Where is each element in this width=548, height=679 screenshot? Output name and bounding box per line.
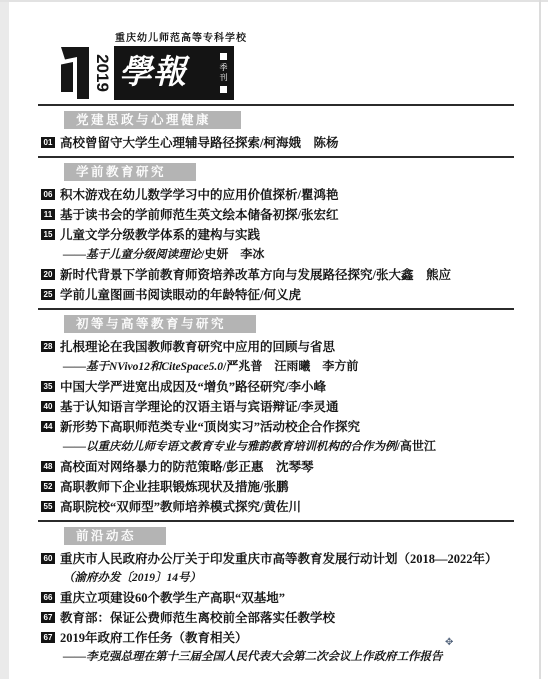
entry-subtitle: ——李克强总理在第十三届全国人民代表大会第二次会议上作政府工作报告 [63, 651, 514, 664]
move-cursor-artifact: ✥ [445, 637, 453, 648]
page-number-badge: 35 [41, 381, 55, 392]
section-divider [38, 104, 514, 106]
entry-title: 重庆立项建设60个教学生产高职“双基地” [60, 591, 285, 605]
page-number-badge: 67 [41, 612, 55, 623]
entry-sub-authors: /史妍 李冰 [201, 247, 264, 261]
entry-authors: /何义虎 [260, 288, 301, 302]
toc-entry: 60 重庆市人民政府办公厅关于印发重庆市高等教育发展行动计划（2018—2022… [41, 552, 514, 566]
toc-entry: 28 扎根理论在我国教师教育研究中应用的回顾与省思 [41, 340, 514, 354]
page-number-badge: 11 [41, 209, 55, 220]
toc-entry: 55 高职院校“双师型”教师培养模式探究/黄佐川 [41, 500, 514, 514]
section-divider [38, 156, 514, 158]
section-divider [38, 520, 514, 522]
entry-subtitle: （渝府办发〔2019〕14号） [63, 572, 514, 585]
entry-title: 2019年政府工作任务（教育相关） [60, 631, 248, 645]
page-number-badge: 44 [41, 421, 55, 432]
page-number-badge: 67 [41, 632, 55, 643]
journal-toc-page: 重庆幼儿师范高等专科学校 2019 學報 季刊 党建思政与心理健康 [0, 0, 548, 679]
entry-sub-authors: /严兆普 汪雨曦 李方前 [223, 359, 358, 373]
page-number-badge: 55 [41, 501, 55, 512]
toc-entry: 67 2019年政府工作任务（教育相关） [41, 631, 514, 645]
entry-title: 积木游戏在幼儿数学学习中的应用价值探析 [60, 188, 298, 202]
entry-title: 基于认知语言学理论的汉语主语与宾语辩证 [60, 400, 298, 414]
toc-entry: 66 重庆立项建设60个教学生产高职“双基地” [41, 591, 514, 605]
section-banner: 初等与高等教育与研究 [64, 315, 256, 333]
entry-authors: /张大鑫 熊应 [373, 268, 451, 282]
entry-authors: /张鹏 [260, 480, 288, 494]
section-frontier-news: 前沿动态 60 重庆市人民政府办公厅关于印发重庆市高等教育发展行动计划（2018… [38, 520, 514, 664]
page-number-badge: 60 [41, 553, 55, 564]
section-primary-higher-education: 初等与高等教育与研究 28 扎根理论在我国教师教育研究中应用的回顾与省思 ——基… [38, 308, 514, 514]
entry-title: 教育部：保证公费师范生离校前全部落实任教学校 [60, 611, 335, 625]
page-number-badge: 20 [41, 269, 55, 280]
scan-left-edge [0, 0, 9, 679]
entry-title: 基于读书会的学前师范生英文绘本储备初探 [60, 208, 298, 222]
quarterly-column: 季刊 [218, 53, 229, 93]
entry-sub-authors: /高世江 [397, 439, 436, 453]
entry-title: 学前儿童图画书阅读眼动的年龄特征 [60, 288, 260, 302]
page-number-badge: 28 [41, 341, 55, 352]
entry-title: 中国大学严进宽出成因及“增负”路径研究 [60, 380, 285, 394]
section-preschool-research: 学前教育研究 06 积木游戏在幼儿数学学习中的应用价值探析/瞿鸿艳 11 基于读… [38, 156, 514, 302]
journal-masthead: 2019 學報 季刊 [60, 46, 514, 100]
toc-entry: 35 中国大学严进宽出成因及“增负”路径研究/李小峰 [41, 380, 514, 394]
section-divider [38, 308, 514, 310]
issue-number-1-graphic [60, 47, 90, 99]
page-number-badge: 25 [41, 289, 55, 300]
page-number-badge: 52 [41, 481, 55, 492]
entry-subtitle: ——基于NVivo12和CiteSpace5.0/严兆普 汪雨曦 李方前 [63, 360, 514, 374]
entry-title: 高校曾留守大学生心理辅导路径探索 [60, 136, 260, 150]
toc-entry: 11 基于读书会的学前师范生英文绘本储备初探/张宏红 [41, 208, 514, 222]
entry-authors: /李小峰 [285, 380, 326, 394]
white-square-icon [220, 86, 227, 93]
entry-title: 新形势下高职师范类专业“顶岗实习”活动校企合作探究 [60, 420, 360, 434]
scan-right-edge [539, 0, 541, 679]
page-number-badge: 66 [41, 592, 55, 603]
entry-subtitle: ——以重庆幼儿师专语文教育专业与雅韵教育培训机构的合作为例/高世江 [63, 440, 514, 454]
toc-entry: 67 教育部：保证公费师范生离校前全部落实任教学校 [41, 611, 514, 625]
toc-entry: 01 高校曾留守大学生心理辅导路径探索/柯海娥 陈杨 [41, 136, 514, 150]
white-square-icon [220, 53, 227, 60]
section-banner: 学前教育研究 [64, 163, 196, 181]
page-number-badge: 01 [41, 137, 55, 148]
entry-title: 高校面对网络暴力的防范策略 [60, 460, 223, 474]
entry-title: 高职院校“双师型”教师培养模式探究 [60, 500, 260, 514]
toc-entry: 25 学前儿童图画书阅读眼动的年龄特征/何义虎 [41, 288, 514, 302]
section-party-psych: 党建思政与心理健康 01 高校曾留守大学生心理辅导路径探索/柯海娥 陈杨 [38, 104, 514, 150]
entry-authors: /彭正惠 沈琴琴 [223, 460, 314, 474]
entry-title: 高职教师下企业挂职锻炼现状及措施 [60, 480, 260, 494]
toc-entry: 44 新形势下高职师范类专业“顶岗实习”活动校企合作探究 [41, 420, 514, 434]
toc-content: 重庆幼儿师范高等专科学校 2019 學報 季刊 党建思政与心理健康 [38, 0, 514, 670]
entry-authors: /瞿鸿艳 [298, 188, 339, 202]
toc-entry: 15 儿童文学分级教学体系的建构与实践 [41, 228, 514, 242]
entry-authors: /李灵通 [298, 400, 339, 414]
issue-year-block: 2019 [90, 46, 114, 100]
toc-entry: 52 高职教师下企业挂职锻炼现状及措施/张鹏 [41, 480, 514, 494]
toc-entry: 40 基于认知语言学理论的汉语主语与宾语辩证/李灵通 [41, 400, 514, 414]
page-number-badge: 48 [41, 461, 55, 472]
entry-subtitle: ——基于儿童分级阅读理论/史妍 李冰 [63, 248, 514, 262]
page-number-badge: 40 [41, 401, 55, 412]
entry-authors: /张宏红 [298, 208, 339, 222]
journal-title-calligraphy: 學報 [119, 46, 187, 100]
entry-title: 新时代背景下学前教育师资培养改革方向与发展路径探究 [60, 268, 373, 282]
entry-title: 重庆市人民政府办公厅关于印发重庆市高等教育发展行动计划（2018—2022年） [60, 552, 498, 566]
entry-authors: /柯海娥 陈杨 [260, 136, 338, 150]
school-name: 重庆幼儿师范高等专科学校 [115, 29, 239, 44]
toc-entry: 20 新时代背景下学前教育师资培养改革方向与发展路径探究/张大鑫 熊应 [41, 268, 514, 282]
section-banner: 前沿动态 [64, 527, 166, 545]
page-number-badge: 06 [41, 189, 55, 200]
toc-entry: 06 积木游戏在幼儿数学学习中的应用价值探析/瞿鸿艳 [41, 188, 514, 202]
toc-entry: 48 高校面对网络暴力的防范策略/彭正惠 沈琴琴 [41, 460, 514, 474]
entry-title: 扎根理论在我国教师教育研究中应用的回顾与省思 [60, 340, 335, 354]
section-banner: 党建思政与心理健康 [64, 111, 241, 129]
entry-title: 儿童文学分级教学体系的建构与实践 [60, 228, 260, 242]
page-number-badge: 15 [41, 229, 55, 240]
journal-title-block: 學報 季刊 [114, 46, 234, 100]
entry-authors: /黄佐川 [260, 500, 301, 514]
issue-year: 2019 [92, 54, 112, 92]
quarterly-label: 季刊 [218, 63, 229, 83]
